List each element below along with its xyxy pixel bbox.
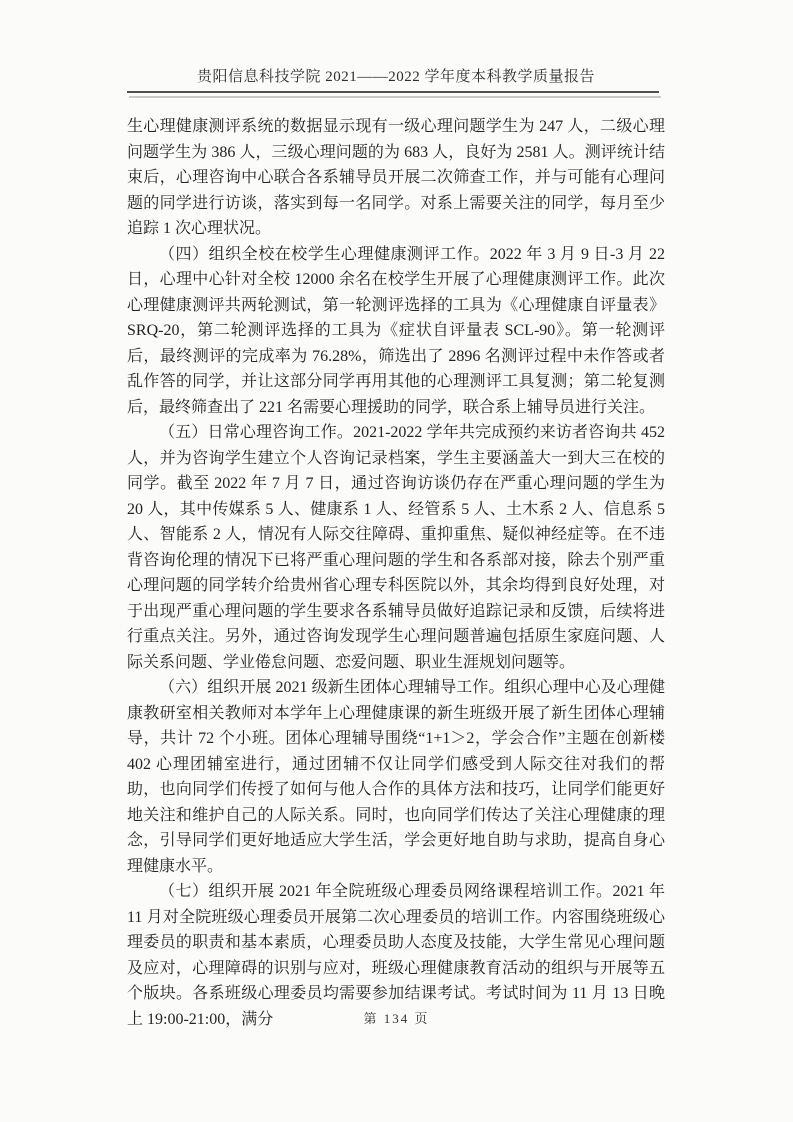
page-footer: 第 134 页 [0,1008,793,1027]
page-number: 第 134 页 [363,1011,429,1026]
paragraph-section-6: （六）组织开展 2021 级新生团体心理辅导工作。组织心理中心及心理健康教研室相… [127,675,665,879]
document-body: 生心理健康测评系统的数据显示现有一级心理问题学生为 247 人，二级心理问题学生… [127,114,665,1032]
paragraph-continuation: 生心理健康测评系统的数据显示现有一级心理问题学生为 247 人，二级心理问题学生… [127,114,665,242]
header-rule-shadow [129,96,661,98]
paragraph-section-4: （四）组织全校在校学生心理健康测评工作。2022 年 3 月 9 日-3 月 2… [127,242,665,421]
paragraph-section-5: （五）日常心理咨询工作。2021-2022 学年共完成预约来访者咨询共 452 … [127,420,665,675]
header-rule [127,91,659,93]
document-page: 贵阳信息科技学院 2021——2022 学年度本科教学质量报告 生心理健康测评系… [0,0,793,1122]
header-title: 贵阳信息科技学院 2021——2022 学年度本科教学质量报告 [127,67,665,87]
